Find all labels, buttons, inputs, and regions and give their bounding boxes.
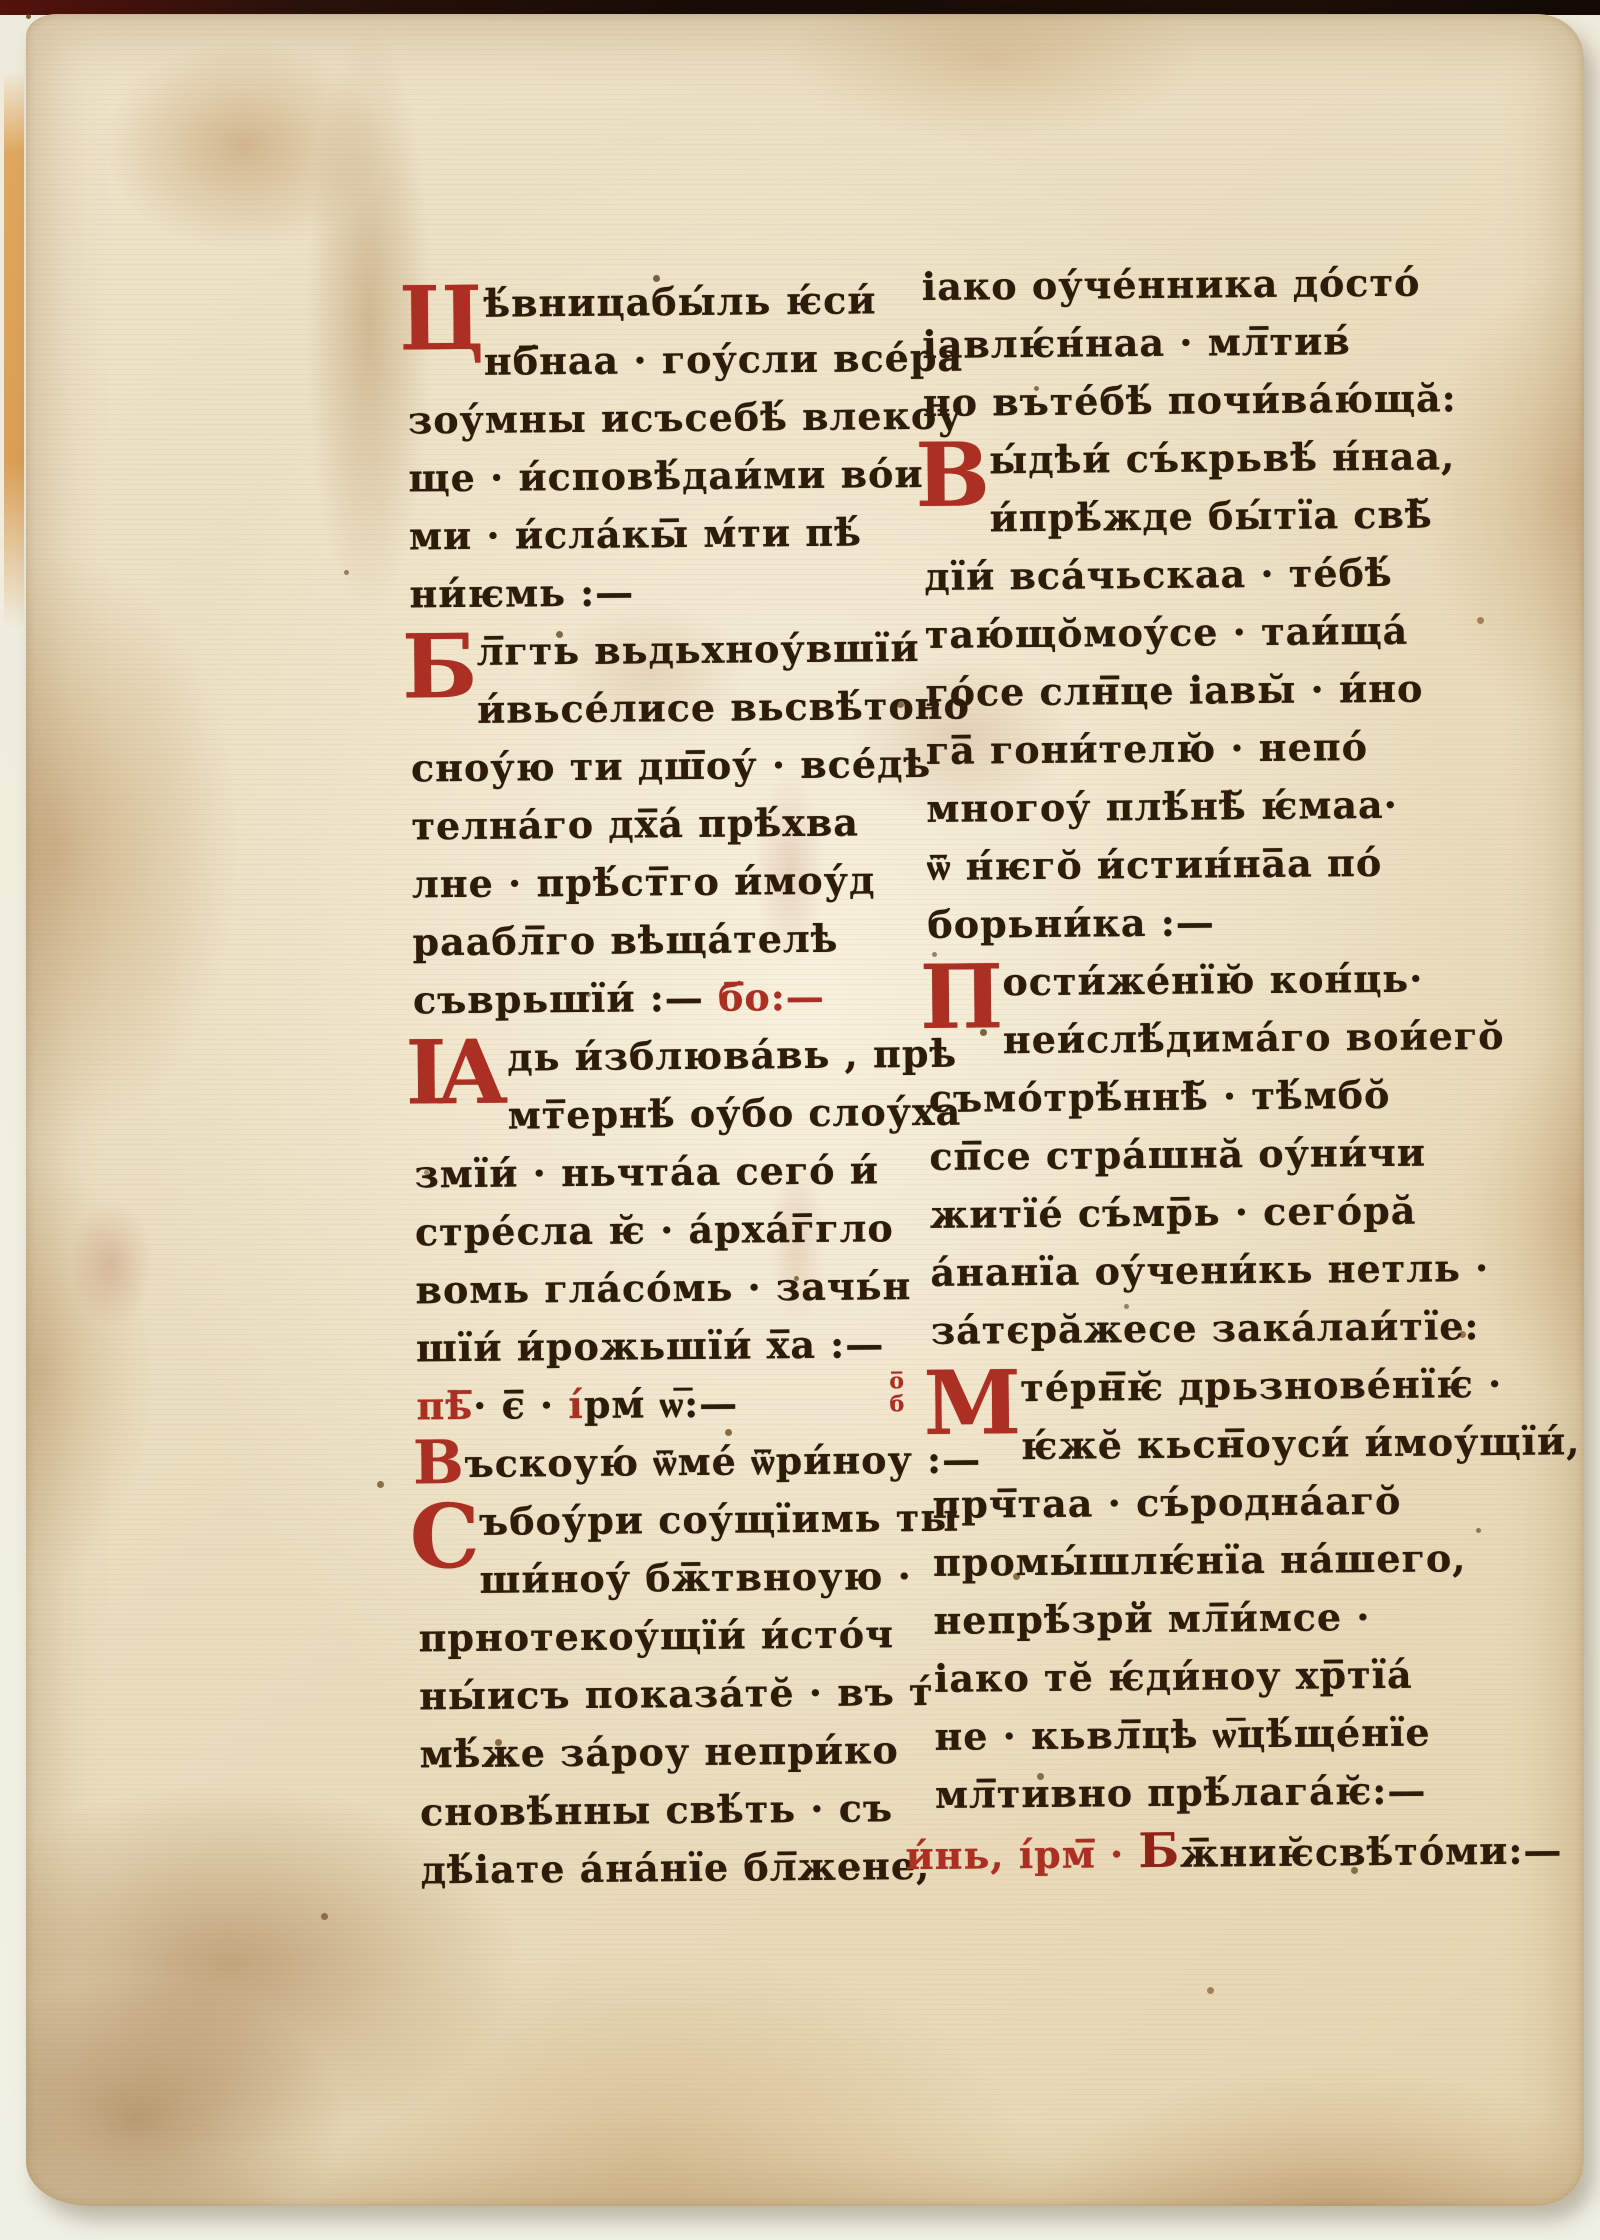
text-segment: те́рн̅ѥ̆ дрьзнове́нїѥ́ ·: [1020, 1361, 1502, 1410]
text-segment: б̅о:—: [718, 974, 825, 1020]
paragraph: Бл̅гть вьдьхноу́вшїи́и́вьсе́лисе вьсвѣ́т…: [410, 620, 864, 1030]
text-segment: борьни́ка :—: [927, 899, 1215, 947]
text-line: вомь гла́со́мь · зачь́н: [415, 1257, 865, 1319]
text-segment: ж̅ниѥ̆свѣ́то́ми:—: [1180, 1827, 1563, 1875]
paragraph: Вы́дѣи́ съ́крьвѣ́ н́наа,и́прѣ́жде бы́тїа…: [923, 427, 1448, 954]
rubric-initial: Б: [402, 627, 468, 740]
text-line: ости́же́нїю̆ кон́ць·: [928, 949, 1448, 1012]
text-segment: ны́исъ показа́тӗ · въ т́: [419, 1669, 934, 1718]
text-segment: сновѣ́нны свѣ́ть · съ: [420, 1785, 893, 1834]
text-segment: и́прѣ́жде бы́тїа свѣ̆: [989, 492, 1432, 541]
text-segment: ъскоую́ ѿме́ ѿри́ноу :—: [464, 1436, 981, 1486]
text-line: ы́дѣи́ съ́крьвѣ́ н́наа,: [923, 427, 1443, 490]
text-segment: іавлѥ́н́наа · мл̅тив́: [922, 318, 1351, 367]
text-line: л̅гть вьдьхноу́вшїи́: [410, 620, 860, 682]
text-segment: ще · и́сповѣ́даи́ми во́и: [408, 451, 923, 500]
text-line: змїи́ · ньчта́а сего́ и́: [414, 1141, 864, 1203]
text-segment: пѣ̅: [416, 1383, 473, 1428]
text-line: пѣ̅· є̅ · і́рм́ ѡ̅:—: [416, 1373, 866, 1435]
text-line: ще · и́сповѣ́даи́ми во́и: [408, 446, 858, 508]
text-line: прч̅таа · съ́родна́аго̆: [932, 1471, 1452, 1534]
text-line: мл̅тивно прѣ́лага́ѥ̆:—: [935, 1761, 1455, 1824]
paragraph: ІАдь и́зблюва́вь , прѣмт̅ернѣ́ оу́бо сло…: [413, 1025, 866, 1377]
text-segment: іако тӗ ѥ́ди́ноу хр̅тїа́: [934, 1652, 1413, 1701]
text-segment: іако оу́че́нника до́сто́: [922, 260, 1421, 309]
text-line: іако тӗ ѥ́ди́ноу хр̅тїа́: [934, 1645, 1454, 1708]
text-line: дѣ́іате а́на́нїе бл̅жене,: [420, 1837, 870, 1899]
text-line: и́нь, і́рм̅ · Бж̅ниѥ̆свѣ́то́ми:—: [905, 1819, 1455, 1882]
text-segment: змїи́ · ньчта́а сего́ и́: [414, 1147, 879, 1196]
text-line: ъскоую́ ѿме́ ѿри́ноу :—: [417, 1431, 867, 1493]
text-line: сновѣ́нны свѣ́ть · съ: [420, 1779, 870, 1841]
text-segment: ы́дѣи́ съ́крьвѣ́ н́наа,: [989, 433, 1455, 482]
text-line: многоу́ плѣ́нѣ̆ ѥ́маа·: [926, 775, 1446, 838]
text-segment: мт̅ернѣ́ оу́бо слоу́ха: [508, 1089, 962, 1138]
text-segment: житїе́ съ́мр̅ь · сего́рӑ: [930, 1188, 1417, 1237]
text-line: неи́слѣ́дима́го вои́его̆: [928, 1007, 1448, 1070]
paragraph: Въскоую́ ѿме́ ѿри́ноу :—: [417, 1431, 867, 1493]
text-segment: съмо́трѣ́ннѣ̆ · тѣ́мбо̆: [929, 1072, 1391, 1121]
text-line: житїе́ съ́мр̅ь · сего́рӑ: [930, 1181, 1450, 1244]
text-line: промы́шлѥ́нїа на́шего,: [933, 1529, 1453, 1592]
text-line: іако оу́че́нника до́сто́: [922, 253, 1442, 316]
text-line: но въте́бѣ́ почи́ва́ю́щӑ:: [923, 369, 1443, 432]
text-segment: съврьшїи́ :—: [413, 975, 718, 1023]
paragraph: и́нь, і́рм̅ · Бж̅ниѥ̆свѣ́то́ми:—: [935, 1819, 1455, 1882]
text-segment: ѿ н́ѥго̆ и́стин́на̅а по́: [927, 840, 1383, 889]
text-line: и́прѣ́жде бы́тїа свѣ̆: [924, 485, 1444, 548]
text-line: ѣ́вницабы́ль ѥ́си́: [407, 272, 857, 334]
text-column-right: іако оу́че́нника до́сто́іавлѥ́н́наа · мл…: [922, 253, 1456, 1881]
text-line: непрѣ́зрй мл̅и́мсе ·: [933, 1587, 1453, 1650]
text-segment: стре́сла ѥ̆ · а́рха́г̅гло: [415, 1205, 894, 1254]
rubric-initial: В: [915, 435, 980, 548]
text-line: го́се слн̅це іавы̆ · и́но: [925, 659, 1445, 722]
text-column-left: Цѣ́вницабы́ль ѥ́си́нб̅наа · гоу́сли все́…: [407, 272, 871, 1900]
text-line: іавлѥ́н́наа · мл̅тив́: [922, 311, 1442, 374]
text-segment: рм́ ѡ̅:—: [584, 1381, 739, 1427]
text-segment: промы́шлѥ́нїа на́шего,: [933, 1535, 1467, 1585]
text-segment: непрѣ́зрй мл̅и́мсе ·: [933, 1594, 1370, 1643]
ink-specks: [26, 14, 31, 19]
text-segment: дїи́ вса́чьскаа · те́бѣ́: [924, 550, 1393, 599]
rubric-initial: Ц: [399, 279, 474, 392]
text-line: ми · и́сла́кы̅ м́ти пѣ́: [409, 504, 859, 566]
text-segment: за́тєрӑжесе зака́лаи́тїе:: [931, 1303, 1480, 1353]
text-segment: го́се слн̅це іавы̆ · и́но: [925, 666, 1423, 715]
text-line: прнотекоу́щїи́ и́сто́ч: [418, 1605, 868, 1667]
text-segment: ни́ѥмь :—: [409, 569, 634, 616]
text-line: а́нанїа оу́чени́кь нетль ·: [930, 1239, 1450, 1302]
paragraph: Цѣ́вницабы́ль ѥ́си́нб̅наа · гоу́сли все́…: [407, 272, 860, 624]
text-segment: і́: [568, 1382, 584, 1427]
rubric-initial: ІА: [405, 1033, 498, 1146]
text-segment: прч̅таа · съ́родна́аго̆: [932, 1478, 1401, 1527]
text-line: ни́ѥмь :—: [409, 562, 859, 624]
text-line: таю́що̆моу́се · таи́ща́: [925, 601, 1445, 664]
text-line: зоу́мны исъсебѣ́ влекоу: [408, 388, 858, 450]
paragraph: іако оу́че́нника до́сто́іавлѥ́н́наа · мл…: [922, 253, 1443, 432]
text-segment: ъбоу́ри соу́щїимь ты́: [479, 1495, 960, 1544]
text-segment: телна́го дх̅а́ прѣ́хва: [411, 800, 859, 849]
text-line: ѿ н́ѥго̆ и́стин́на̅а по́: [927, 833, 1447, 896]
text-segment: ши́ноу́ бж̅твноую ·: [479, 1553, 912, 1602]
text-line: га̅ гони́телю̆ · непо́: [926, 717, 1446, 780]
text-segment: и́вьсе́лисе вьсвѣ́тоно: [477, 683, 970, 732]
paragraph: пѣ̅· є̅ · і́рм́ ѡ̅:—: [416, 1373, 866, 1435]
text-line: стре́сла ѥ̆ · а́рха́г̅гло: [415, 1199, 865, 1261]
text-segment: Б: [1138, 1823, 1180, 1879]
text-line: ны́исъ показа́тӗ · въ т́: [419, 1663, 869, 1725]
text-segment: дѣ́іате а́на́нїе бл̅жене,: [420, 1843, 930, 1892]
text-segment: ѣ́вницабы́ль ѥ́си́: [483, 277, 876, 325]
text-segment: · є̅ ·: [473, 1382, 569, 1428]
text-line: не · кьвл̅цѣ ѡ̅цѣ́ще́нїе: [934, 1703, 1454, 1766]
text-segment: ости́же́нїю̆ кон́ць·: [1002, 956, 1423, 1005]
paragraph: Пости́же́нїю̆ кон́ць·неи́слѣ́дима́го вои…: [928, 949, 1452, 1360]
rubric-initial: В: [413, 1437, 457, 1487]
text-segment: л̅гть вьдьхноу́вшїи́: [476, 625, 919, 674]
text-segment: нб̅наа · гоу́сли все́ра: [484, 335, 963, 384]
text-segment: га̅ гони́телю̆ · непо́: [926, 724, 1368, 773]
text-line: сп̅се стра́шнӑ оу́ни́чи: [929, 1123, 1449, 1186]
text-line: дїи́ вса́чьскаа · те́бѣ́: [924, 543, 1444, 606]
text-segment: сп̅се стра́шнӑ оу́ни́чи: [929, 1130, 1426, 1179]
manuscript-page-photo: Цѣ́вницабы́ль ѥ́си́нб̅наа · гоу́сли все́…: [0, 0, 1600, 2240]
text-line: и́вьсе́лисе вьсвѣ́тоно: [410, 678, 860, 740]
text-line: раабл̅го вѣща́телѣ: [412, 909, 862, 971]
text-segment: мл̅тивно прѣ́лага́ѥ̆:—: [935, 1768, 1427, 1817]
text-segment: неи́слѣ́дима́го вои́его̆: [1003, 1013, 1505, 1062]
text-segment: шїи́ и́рожьшїи́ х̅а :—: [416, 1321, 885, 1370]
text-line: съмо́трѣ́ннѣ̆ · тѣ́мбо̆: [929, 1065, 1449, 1128]
text-line: борьни́ка :—: [927, 891, 1447, 954]
text-segment: ѥ́жӗ кьсн̅оуси́ и́моу́щїи́,: [1021, 1418, 1581, 1468]
text-segment: ми · и́сла́кы̅ м́ти пѣ́: [409, 509, 862, 558]
text-segment: дь и́зблюва́вь , прѣ: [507, 1031, 957, 1080]
text-segment: вомь гла́со́мь · зачь́н: [415, 1263, 911, 1312]
text-line: нб̅наа · гоу́сли все́ра: [407, 330, 857, 392]
text-segment: зоу́мны исъсебѣ́ влекоу: [408, 393, 963, 443]
rubric-initial: П: [920, 957, 994, 1070]
text-segment: сноу́ю ти дш̅оу́ · все́дѣ: [411, 741, 931, 791]
text-segment: и́нь, і́рм̅ ·: [905, 1831, 1138, 1878]
marginal-rubric: о̅ б: [889, 1370, 905, 1416]
text-segment: но въте́бѣ́ почи́ва́ю́щӑ:: [923, 375, 1457, 425]
text-segment: прнотекоу́щїи́ и́сто́ч: [418, 1611, 894, 1660]
text-line: телна́го дх̅а́ прѣ́хва: [411, 793, 861, 855]
text-segment: многоу́ плѣ́нѣ̆ ѥ́маа·: [926, 782, 1398, 831]
rubric-initial: М: [923, 1363, 1011, 1476]
text-segment: лне · прѣ́ст̅го и́моу́д: [412, 857, 876, 906]
text-line: мѣ́же за́роу непри́ко: [419, 1721, 869, 1783]
text-segment: раабл̅го вѣща́телѣ: [412, 916, 838, 965]
text-line: шїи́ и́рожьшїи́ х̅а :—: [416, 1315, 866, 1377]
text-line: лне · прѣ́ст̅го и́моу́д: [412, 851, 862, 913]
rubric-initial: С: [409, 1497, 469, 1610]
text-line: ши́ноу́ бж̅твноую ·: [418, 1547, 868, 1609]
text-line: сноу́ю ти дш̅оу́ · все́дѣ: [411, 735, 861, 797]
text-segment: не · кьвл̅цѣ ѡ̅цѣ́ще́нїе: [934, 1710, 1431, 1759]
manuscript-leaf: Цѣ́вницабы́ль ѥ́си́нб̅наа · гоу́сли все́…: [26, 14, 1584, 2206]
paragraph: Събоу́ри соу́щїимь ты́ши́ноу́ бж̅твноую …: [417, 1489, 871, 1899]
text-line: ъбоу́ри соу́щїимь ты́: [417, 1489, 867, 1551]
text-segment: а́нанїа оу́чени́кь нетль ·: [930, 1245, 1489, 1295]
manuscript-text: Цѣ́вницабы́ль ѥ́си́нб̅наа · гоу́сли все́…: [16, 7, 1593, 2213]
paragraph: о̅ бМте́рн̅ѥ̆ дрьзнове́нїѥ́ ·ѥ́жӗ кьсн̅о…: [931, 1355, 1455, 1824]
text-segment: мѣ́же за́роу непри́ко: [419, 1727, 899, 1776]
text-segment: таю́що̆моу́се · таи́ща́: [925, 608, 1409, 657]
